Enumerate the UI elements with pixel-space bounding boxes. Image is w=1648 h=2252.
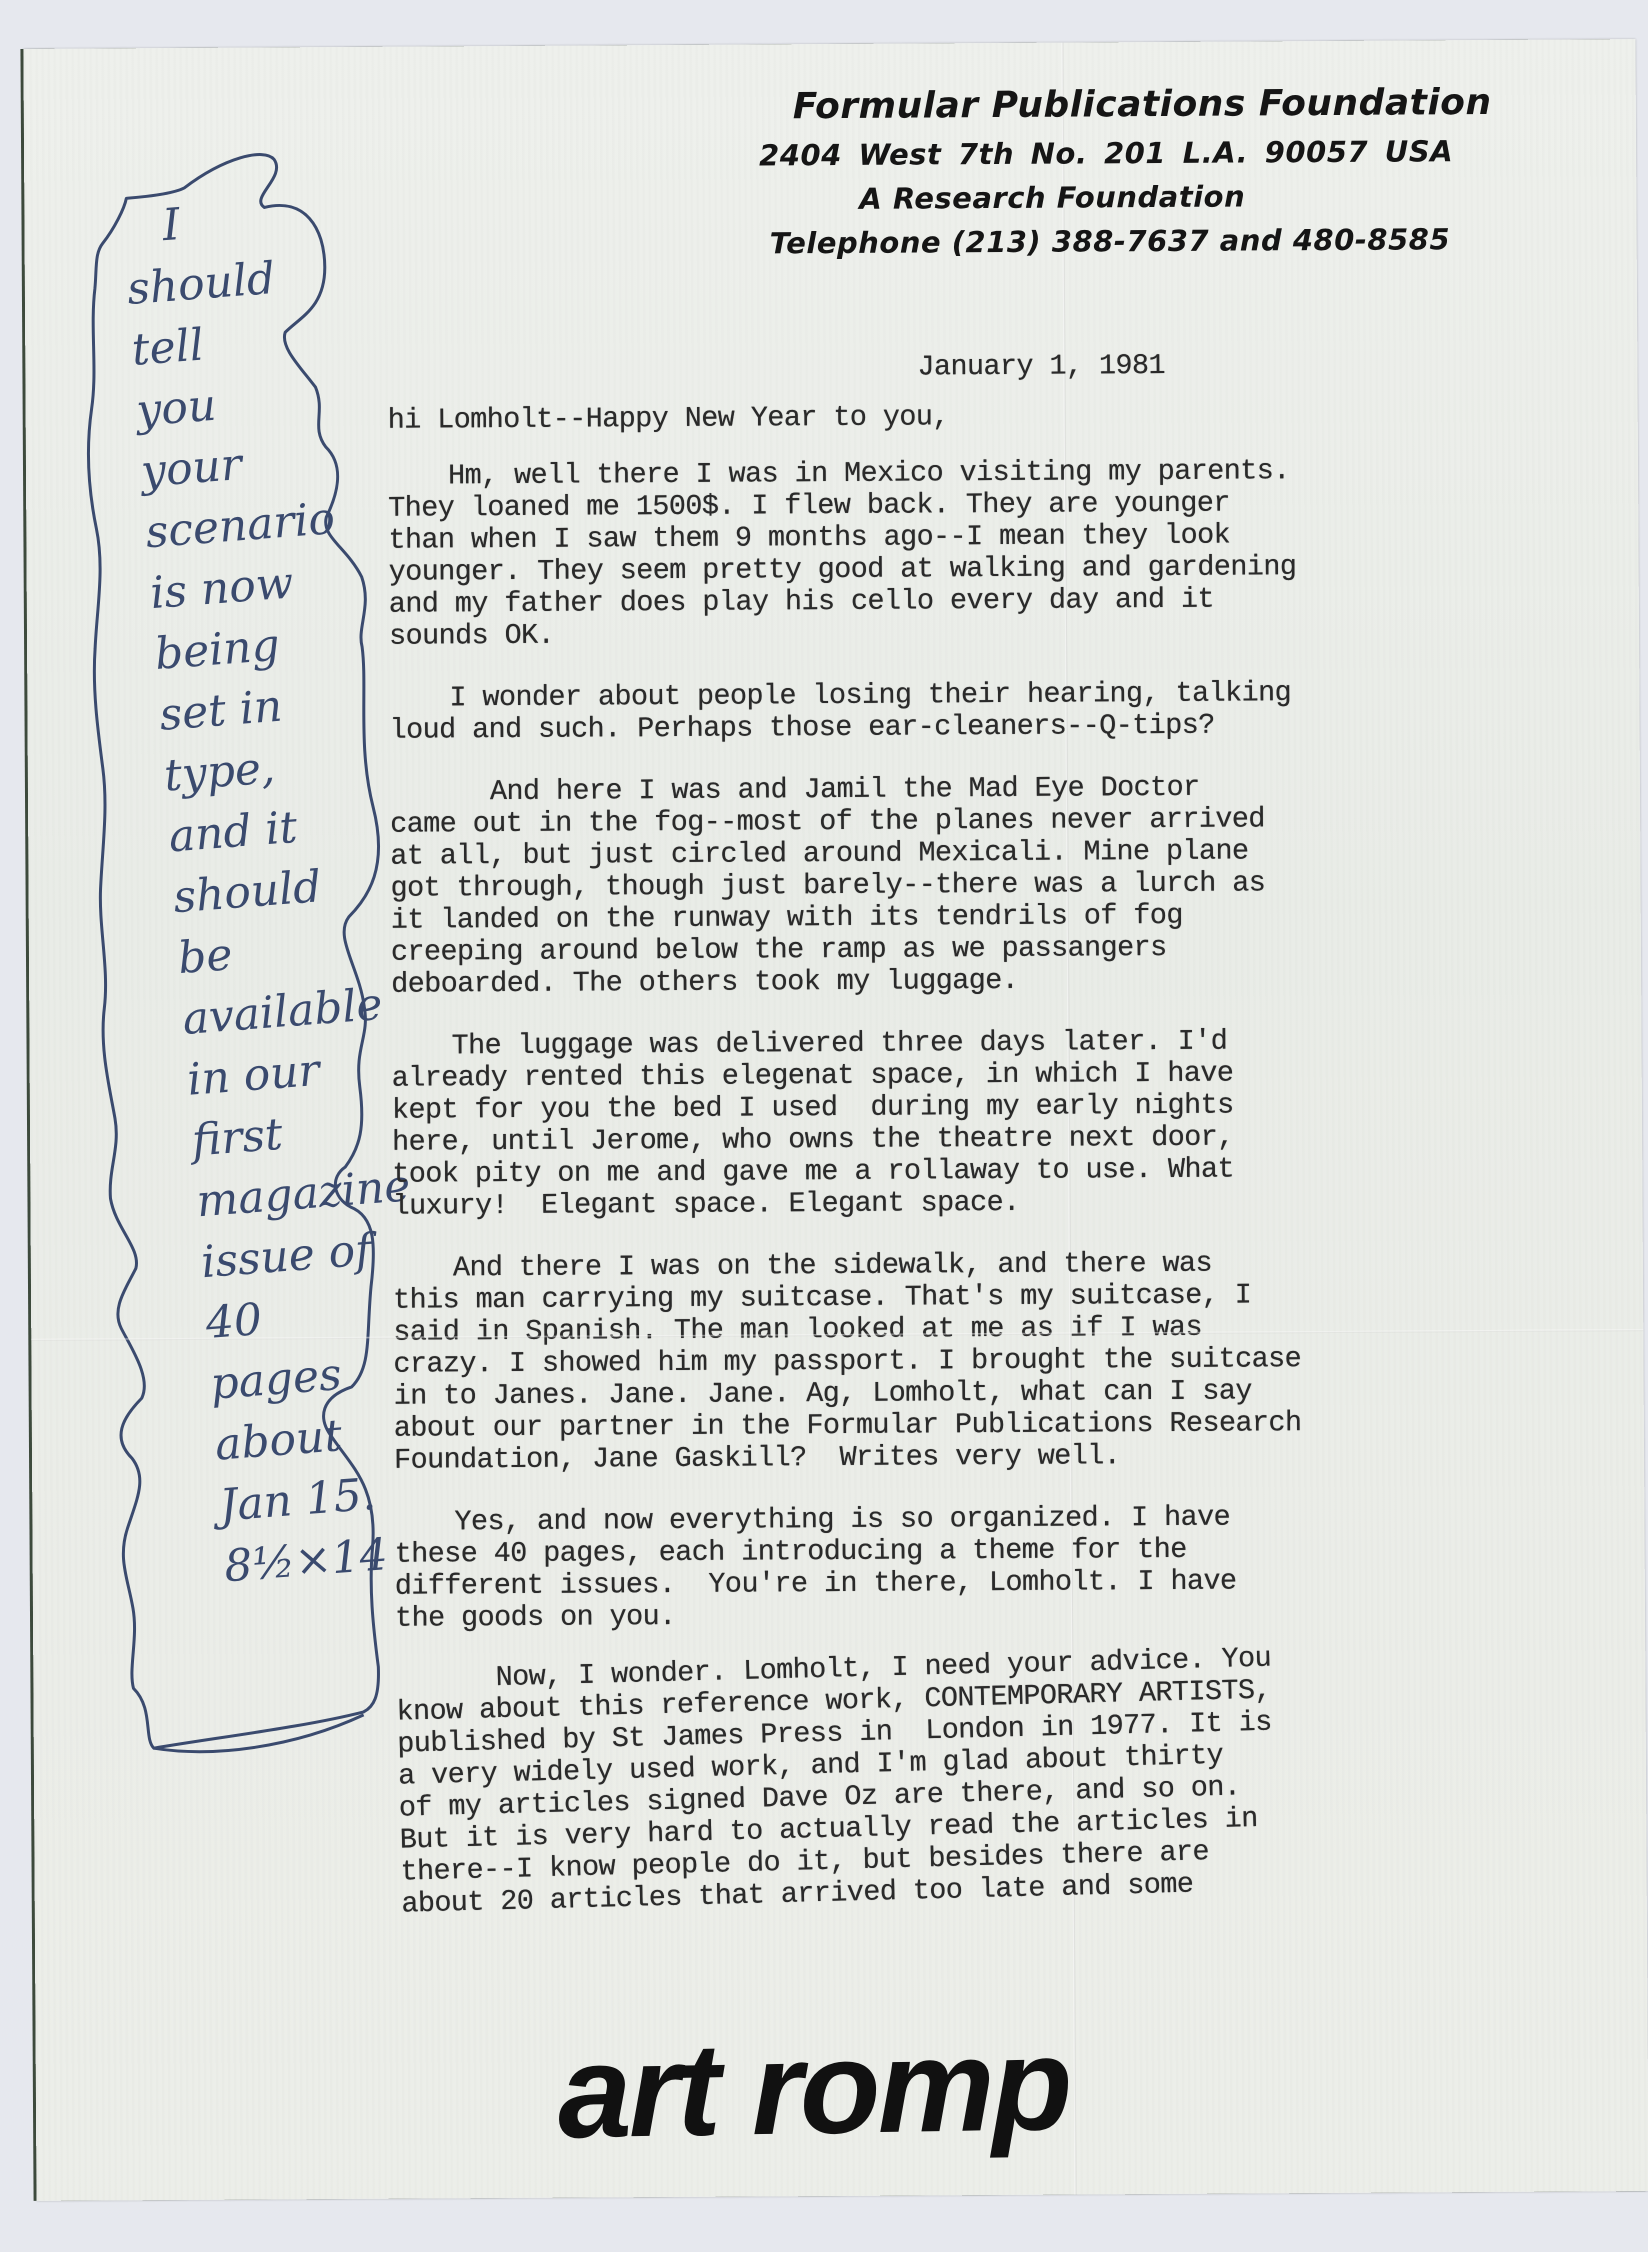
letter-paragraph: The luggage was delivered three days lat… (391, 1024, 1532, 1223)
letter-body: January 1, 1981 hi Lomholt--Happy New Ye… (387, 348, 1537, 1951)
organization-name: Formular Publications Foundation (759, 82, 1559, 139)
letter-paragraph: Yes, and now everything is so organized.… (394, 1500, 1535, 1635)
organization-tagline: A Research Foundation (759, 178, 1559, 227)
letter-paragraph: And there I was on the sidewalk, and the… (393, 1246, 1534, 1477)
organization-telephone: Telephone (213) 388-7637 and 480-8585 (760, 222, 1560, 271)
typed-line: loud and such. Perhaps those ear-cleaner… (390, 708, 1530, 747)
letter-page: Ishouldtellyouyourscenariois nowbeingset… (23, 39, 1648, 2201)
letter-paragraphs: Hm, well there I was in Mexico visiting … (388, 454, 1537, 1921)
letter-paragraph: And here I was and Jamil the Mad Eye Doc… (390, 770, 1531, 1001)
typed-line: deboarded. The others took my luggage. (391, 962, 1531, 1001)
organization-address: 2404 West 7th No. 201 L.A. 90057 USA (759, 134, 1559, 183)
letter-paragraph: Hm, well there I was in Mexico visiting … (388, 454, 1529, 653)
typed-line: luxury! Elegant space. Elegant space. (392, 1184, 1532, 1223)
typed-line: Foundation, Jane Gaskill? Writes very we… (394, 1438, 1534, 1477)
typed-line: the goods on you. (395, 1596, 1535, 1635)
art-romp-logo: art romp (557, 2018, 1071, 2158)
letter-paragraph: I wonder about people losing their heari… (389, 676, 1529, 747)
letter-greeting: hi Lomholt--Happy New Year to you, (388, 398, 1528, 461)
letterhead: Formular Publications Foundation 2404 We… (759, 82, 1560, 271)
letter-paragraph: Now, I wonder. Lomholt, I need your advi… (395, 1636, 1541, 1921)
letter-date: January 1, 1981 (387, 348, 1527, 405)
